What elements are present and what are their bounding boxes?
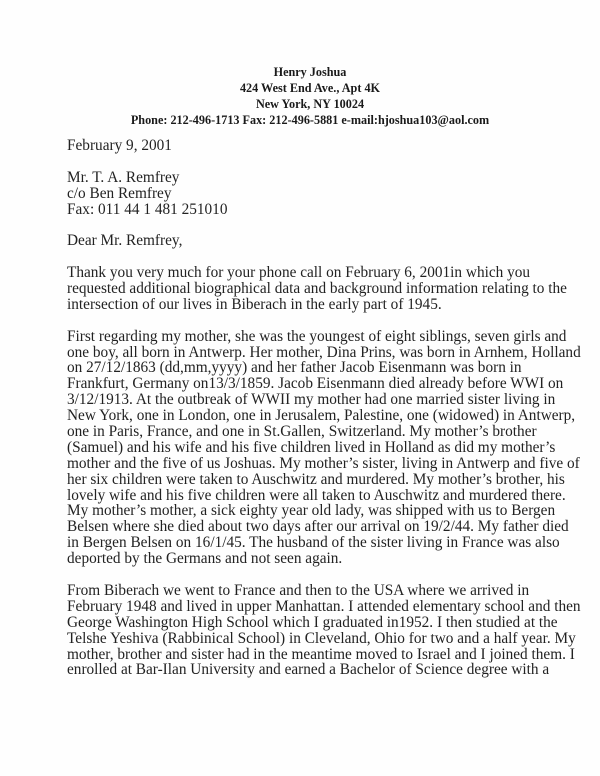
recipient-care-of: c/o Ben Remfrey xyxy=(67,186,547,202)
paragraph-line: George Washington High School which I gr… xyxy=(67,615,547,631)
letter-paragraphs: Thank you very much for your phone call … xyxy=(67,265,547,678)
paragraph-line: Thank you very much for your phone call … xyxy=(67,265,547,281)
letterhead: Henry Joshua 424 West End Ave., Apt 4K N… xyxy=(0,64,600,128)
salutation: Dear Mr. Remfrey, xyxy=(67,233,547,249)
sender-name: Henry Joshua xyxy=(0,64,600,80)
paragraph-line: First regarding my mother, she was the y… xyxy=(67,329,547,345)
paragraph-line: Belsen where she died about two days aft… xyxy=(67,519,547,535)
paragraph: Thank you very much for your phone call … xyxy=(67,265,547,313)
recipient-fax: Fax: 011 44 1 481 251010 xyxy=(67,202,547,218)
paragraph-line: in Bergen Belsen on 16/1/45. The husband… xyxy=(67,535,547,551)
paragraph-line: enrolled at Bar-Ilan University and earn… xyxy=(67,662,547,678)
recipient-block: Mr. T. A. Remfrey c/o Ben Remfrey Fax: 0… xyxy=(67,170,547,218)
paragraph-line: intersection of our lives in Biberach in… xyxy=(67,297,547,313)
paragraph: From Biberach we went to France and then… xyxy=(67,583,547,678)
letter-date: February 9, 2001 xyxy=(67,138,547,154)
paragraph-line: one in Paris, France, and one in St.Gall… xyxy=(67,424,547,440)
paragraph: First regarding my mother, she was the y… xyxy=(67,329,547,567)
paragraph-line: From Biberach we went to France and then… xyxy=(67,583,547,599)
paragraph-line: Frankfurt, Germany on13/3/1859. Jacob Ei… xyxy=(67,376,547,392)
recipient-name: Mr. T. A. Remfrey xyxy=(67,170,547,186)
paragraph-line: Telshe Yeshiva (Rabbinical School) in Cl… xyxy=(67,631,547,647)
paragraph-line: lovely wife and his five children were a… xyxy=(67,488,547,504)
letter-page: Henry Joshua 424 West End Ave., Apt 4K N… xyxy=(0,0,600,776)
sender-contact: Phone: 212-496-1713 Fax: 212-496-5881 e-… xyxy=(0,112,600,128)
paragraph-line: on 27/12/1863 (dd,mm,yyyy) and her fathe… xyxy=(67,360,547,376)
paragraph-line: mother and the five of us Joshuas. My mo… xyxy=(67,456,547,472)
paragraph-line: (Samuel) and his wife and his five child… xyxy=(67,440,547,456)
sender-city: New York, NY 10024 xyxy=(0,96,600,112)
paragraph-line: requested additional biographical data a… xyxy=(67,281,547,297)
paragraph-line: My mother’s mother, a sick eighty year o… xyxy=(67,503,547,519)
paragraph-line: New York, one in London, one in Jerusale… xyxy=(67,408,547,424)
paragraph-line: mother, brother and sister had in the me… xyxy=(67,647,547,663)
paragraph-line: one boy, all born in Antwerp. Her mother… xyxy=(67,345,547,361)
paragraph-line: February 1948 and lived in upper Manhatt… xyxy=(67,599,547,615)
letter-body: February 9, 2001 Mr. T. A. Remfrey c/o B… xyxy=(67,138,547,678)
paragraph-line: her six children were taken to Auschwitz… xyxy=(67,472,547,488)
paragraph-line: deported by the Germans and not seen aga… xyxy=(67,551,547,567)
sender-address: 424 West End Ave., Apt 4K xyxy=(0,80,600,96)
paragraph-line: 3/12/1913. At the outbreak of WWII my mo… xyxy=(67,392,547,408)
